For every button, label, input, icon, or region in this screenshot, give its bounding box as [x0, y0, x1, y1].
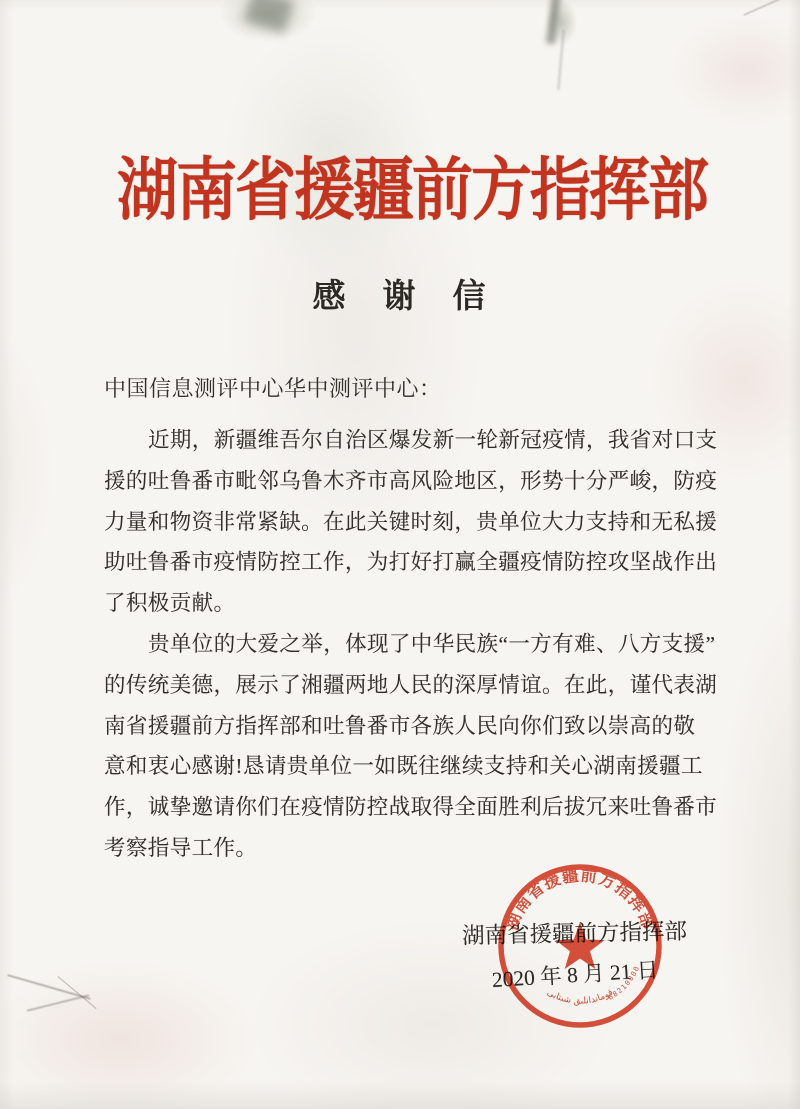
- paper-scratch: [743, 0, 780, 16]
- body-line: 援的吐鲁番市毗邻乌鲁木齐市高风险地区，形势十分严峻，防疫: [104, 461, 724, 502]
- letter-body: 近期，新疆维吾尔自治区爆发新一轮新冠疫情，我省对口支 援的吐鲁番市毗邻乌鲁木齐市…: [104, 420, 724, 869]
- paper-crease: [546, 0, 561, 44]
- body-line: 力量和物资非常紧缺。在此关键时刻，贵单位大力支持和无私援: [104, 502, 724, 543]
- letterhead-title: 湖南省援疆前方指挥部: [12, 136, 800, 233]
- body-line: 近期，新疆维吾尔自治区爆发新一轮新冠疫情，我省对口支: [104, 420, 724, 461]
- svg-text:قوماندانلىق شىتابى: قوماندانلىق شىتابى: [545, 988, 615, 1007]
- paper-scratch: [7, 974, 90, 1000]
- body-line: 贵单位的大爱之举，体现了中华民族“一方有难、八方支援”: [104, 624, 724, 665]
- paper-crease: [244, 0, 294, 34]
- paper-crease: [557, 30, 564, 90]
- body-line: 了积极贡献。: [104, 583, 724, 624]
- svg-text:湖南省援疆前方指挥部: 湖南省援疆前方指挥部: [501, 864, 659, 932]
- body-line: 意和衷心感谢!恳请贵单位一如既往继续支持和关心湖南援疆工: [104, 746, 724, 787]
- body-line: 南省援疆前方指挥部和吐鲁番市各族人民向你们致以崇高的敬: [104, 706, 724, 747]
- paper-scratch: [58, 976, 97, 1009]
- salutation: 中国信息测评中心华中测评中心：: [104, 372, 442, 403]
- svg-text:68210000: 68210000: [607, 964, 642, 1002]
- paper-scratch: [27, 994, 90, 1011]
- seal-code-text: 68210000: [607, 964, 642, 1002]
- seal-arc-text: 湖南省援疆前方指挥部: [501, 864, 659, 932]
- letter-title: 感 谢 信: [0, 270, 800, 317]
- seal-star-icon: [555, 922, 604, 969]
- body-line: 作，诚挚邀请你们在疫情防控战取得全面胜利后拔冗来吐鲁番市: [104, 787, 724, 828]
- official-seal: 湖南省援疆前方指挥部 قوماندانلىق شىتابى 68210000: [496, 862, 664, 1030]
- scanned-letter-page: 湖南省援疆前方指挥部 感 谢 信 中国信息测评中心华中测评中心： 近期，新疆维吾…: [0, 0, 800, 1109]
- body-line: 助吐鲁番市疫情防控工作，为打好打赢全疆疫情防控攻坚战作出: [104, 542, 724, 583]
- seal-uyghur-text: قوماندانلىق شىتابى: [545, 988, 615, 1007]
- body-line: 的传统美德，展示了湘疆两地人民的深厚情谊。在此，谨代表湖: [104, 665, 724, 706]
